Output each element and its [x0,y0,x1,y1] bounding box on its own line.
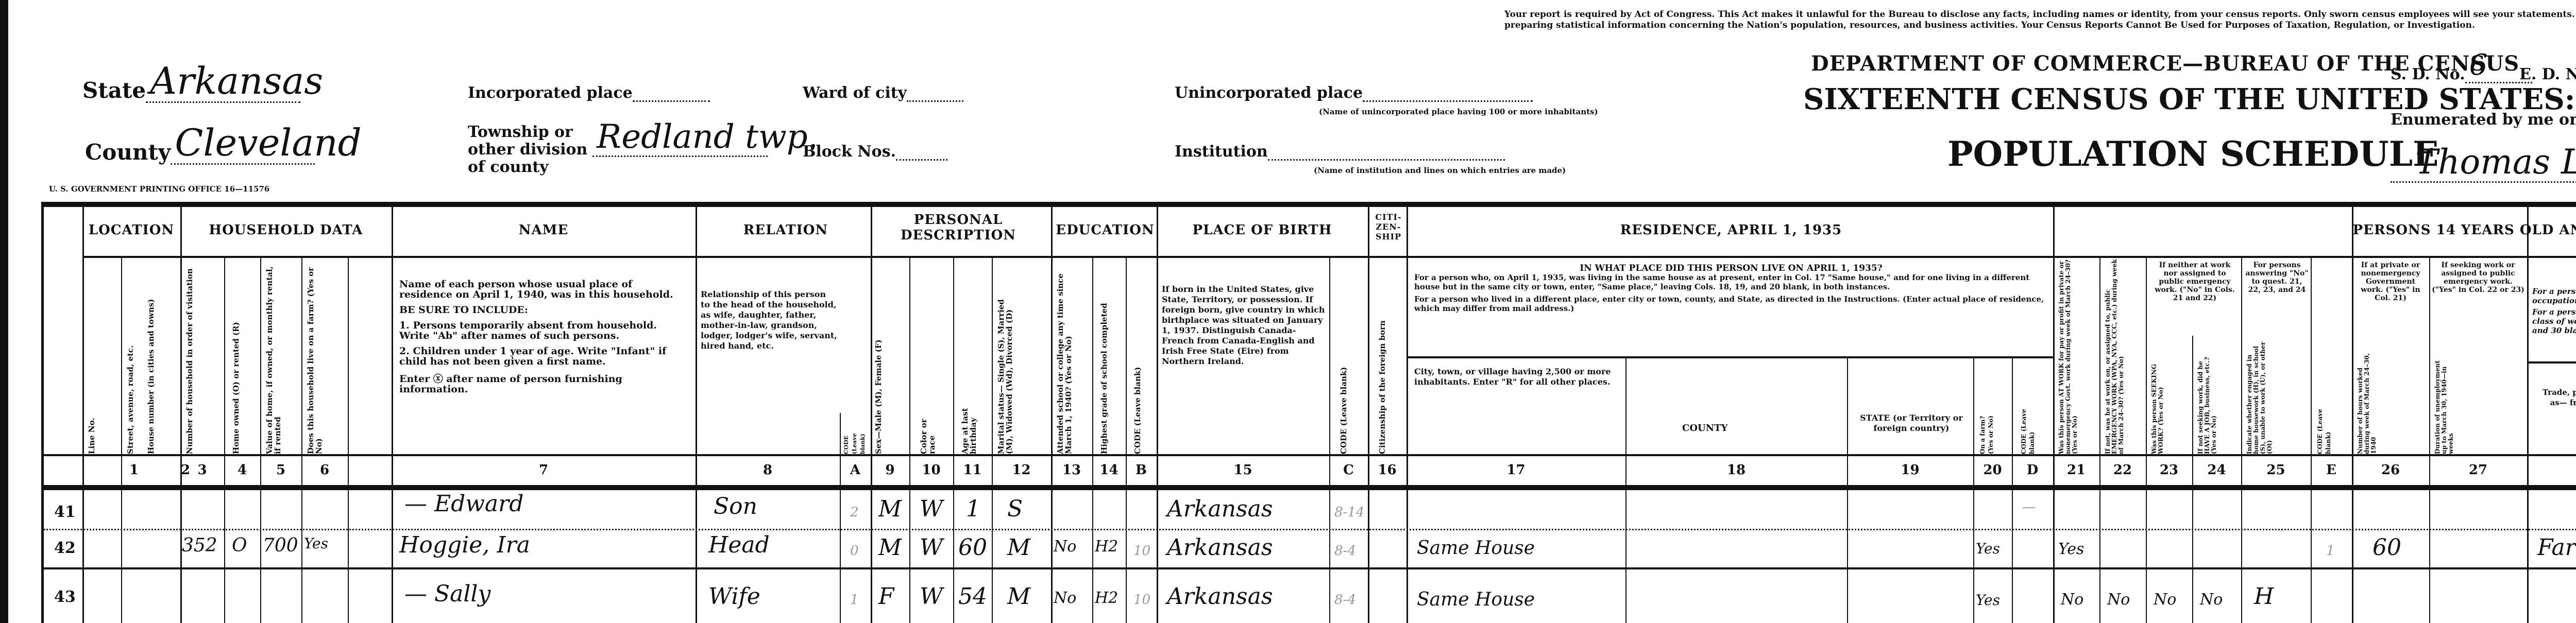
group-personal: PERSONAL DESCRIPTION [873,212,1043,243]
state-label: State [82,78,146,103]
code-c: 8-4 [1334,593,1356,607]
colnum-4: 4 [224,462,260,478]
col-27-instructions: If seeking work or assigned to public em… [2432,261,2524,294]
vh-code-b: CODE (Leave blank) [1133,361,1142,454]
colnum-27: 27 [2429,462,2527,478]
residence-instructions: IN WHAT PLACE DID THIS PERSON LIVE ON AP… [1414,264,2048,313]
marital-status: S [1007,498,1023,521]
colnum-21: 21 [2053,462,2099,478]
code-b: 10 [1133,593,1150,607]
vh-hours-worked: Number of hours worked during week of Ma… [2357,351,2396,454]
sex: M [878,498,902,521]
group-education: EDUCATION [1054,222,1157,238]
household-number: 352 [182,537,217,555]
race: W [920,585,943,608]
group-location: LOCATION [85,222,178,238]
relation: Wife [708,585,760,608]
county-field: County Cleveland [85,139,315,165]
code-a: 0 [850,544,859,558]
col-25-instructions: For persons answering "No" to quest. 21,… [2245,261,2309,294]
unincorporated-place-field: Unincorporated place [1175,76,1533,102]
col-divider [1051,207,1053,623]
line-number: 41 [54,503,76,521]
occupation-subheader: OCCUPATION [2537,369,2576,380]
vh-code-c: CODE (Leave blank) [1340,361,1348,454]
race: W [920,537,943,559]
age: 60 [958,537,987,559]
hours-worked: 60 [2372,537,2401,559]
colnum-22: 22 [2099,462,2146,478]
line-number: 43 [54,588,76,606]
enumerator-field: Thomas L. Howell Enumerator. [2391,147,2576,183]
vh-house-number: House number (in cities and towns) [147,264,155,454]
line-number: 42 [54,539,76,557]
col-26-instructions: If at private or nonemergency Government… [2354,261,2427,302]
row-divider-42-43 [44,567,2576,569]
school-attendance: No [1054,591,1076,606]
state-field: State Arkansas [82,77,300,103]
at-work: Yes [2058,542,2084,557]
vh-citizenship: Citizenship of the foreign born [1378,289,1386,454]
code-c: 8-4 [1334,544,1356,558]
col-divider [696,207,697,623]
state-column-header: STATE (or Territory or foreign country) [1852,413,1971,434]
farm-residence: Yes [304,537,328,551]
birthplace: Arkansas [1167,537,1273,559]
population-schedule-table: LOCATION HOUSEHOLD DATA NAME RELATION PE… [41,202,2576,623]
colnum-25: 25 [2241,462,2311,478]
col-divider [2352,207,2353,623]
col-divider [82,207,84,623]
vh-emergency-work: If not, was he at work on, or assigned t… [2105,258,2143,454]
confidentiality-notice: Your report is required by Act of Congre… [1504,9,2576,31]
col-divider [1368,207,1369,623]
county-column-header: COUNTY [1682,423,1727,434]
township-value: Redland twp. [597,120,818,153]
ward-field: Ward of city [803,76,963,102]
state-value: Arkansas [150,62,323,99]
institution-note: (Name of institution and lines on which … [1314,166,1566,175]
colnum-C: C [1329,462,1368,478]
residence-farm: Yes [1976,593,2000,608]
vh-sex: Sex—Male (M), Female (F) [874,331,883,454]
unincorporated-place-label: Unincorporated place [1175,84,1363,102]
colnum-8: 8 [696,462,840,478]
vh-line-no: Line No. [88,403,96,454]
birthplace: Arkansas [1167,585,1273,608]
vh-code-a: CODE (Leave blank) [842,418,867,454]
vh-at-work: Was this person AT WORK for pay or profi… [2058,258,2097,454]
vh-marital: Marital status— Single (S), Married (M),… [997,289,1043,454]
vh-code-d: CODE (Leave blank) [2020,403,2036,454]
group-name: NAME [394,222,693,238]
incorporated-place-field: Incorporated place [468,76,710,102]
enumerator-signature: Thomas L. Howell [2415,145,2576,179]
colnum-A: A [840,462,871,478]
marital-status: M [1007,585,1030,608]
column-number-bottom-divider [44,485,2576,490]
colnum-B: B [1126,462,1157,478]
person-name: Hoggie, Ira [399,534,530,557]
colnum-12: 12 [992,462,1051,478]
colnum-13: 13 [1051,462,1092,478]
person-name: — Sally [404,583,490,605]
col-divider [1406,207,1408,623]
home-value: 700 [263,537,298,555]
residence-city: Same House [1417,539,1535,558]
col-24-instructions: If neither at work nor assigned to publi… [2151,261,2239,302]
colnum-10: 10 [909,462,953,478]
colnum-14: 14 [1092,462,1126,478]
colnum-7: 7 [392,462,696,478]
code-d: — [2022,500,2036,514]
township-field: Redland twp. [592,126,768,157]
vh-school: Attended school or college any time sinc… [1056,264,1087,454]
code-e: 1 [2326,544,2335,558]
colnum-17: 17 [1406,462,1625,478]
colnum-1: 1 [121,462,147,478]
col-divider [871,207,872,623]
group-household: HOUSEHOLD DATA [180,222,392,238]
sex: F [878,585,894,608]
group-residence: RESIDENCE, APRIL 1, 1935 [1409,222,2053,238]
housework-status: H [2254,585,2274,608]
code-a: 2 [850,506,859,519]
colnum-18: 18 [1625,462,1847,478]
county-value: Cleveland [175,124,361,161]
relation-instructions: Relationship of this person to the head … [701,289,837,351]
at-work: No [2061,592,2083,608]
county-label: County [85,140,171,165]
age: 54 [958,585,987,608]
occupation: Farmer [2537,537,2576,559]
residence-subheader-divider [1408,356,2053,358]
occupation-subheader-divider [2529,361,2576,364]
colnum-16: 16 [1368,462,1406,478]
col-divider [2192,336,2193,623]
scan-left-border [0,0,8,623]
city-town-instructions: City, town, or village having 2,500 or m… [1414,367,1620,387]
colnum-19: 19 [1847,462,1973,478]
occupation-instructions: For a person at work, assigned to public… [2532,287,2576,335]
ed-no-label: E. D. No. [2519,65,2576,83]
occupation-examples: Trade, profession, or particular kind of… [2543,387,2576,418]
age: 1 [966,498,980,521]
colnum-28: 28 [2527,462,2576,478]
column-number-top-divider [44,454,2576,456]
marital-status: M [1007,537,1030,559]
colnum-3: 3 [180,462,224,478]
birthplace: Arkansas [1167,498,1273,521]
vh-grade: Highest grade of school completed [1100,279,1108,454]
race: W [920,498,943,521]
vh-street: Street, avenue, road, etc. [126,331,134,454]
person-name: — Edward [404,493,523,515]
group-employment: PERSONS 14 YEARS OLD AND OVER—EMPLOYMENT… [2063,222,2576,238]
residence-city: Same House [1417,591,1535,609]
vh-owned-rented: Home owned (O) or rented (R) [232,300,240,454]
col-divider [2527,207,2529,623]
colnum-6: 6 [301,462,348,478]
sd-no-value: 6 [2469,51,2488,80]
group-citizenship: CITI-ZEN-SHIP [1370,212,1406,241]
ward-label: Ward of city [803,84,907,102]
vh-res-farm: On a farm? (Yes or No) [1978,403,1995,454]
occupation-group-title: OCCUPATION, INDUSTRY, AND CLASS OF WORKE… [2532,269,2576,282]
colnum-11: 11 [953,462,992,478]
col-divider [1157,207,1158,623]
colnum-D: D [2012,462,2053,478]
col-divider [392,207,393,623]
sd-no-label: S. D. No. [2391,65,2465,83]
seeking-work: No [2154,592,2176,608]
township-label-wrap: Township or other division of county [468,124,607,176]
unincorporated-place-note: (Name of unincorporated place having 100… [1319,107,1598,116]
vh-race: Color or race [920,403,936,454]
enumerated-label: Enumerated by me on [2391,111,2576,129]
relation: Son [714,495,757,518]
printing-office-note: U. S. GOVERNMENT PRINTING OFFICE 16—1157… [49,184,269,194]
vh-household-number: Number of household in order of visitati… [185,264,216,454]
colnum-26: 26 [2352,462,2429,478]
township-label: Township or other division of county [468,124,607,176]
colnum-9: 9 [871,462,909,478]
relation: Head [708,534,770,557]
vh-home-value: Value of home, if owned, or monthly rent… [265,264,296,454]
block-field: Block Nos. [803,135,947,161]
vh-housework: Indicate whether engaged in home housewo… [2246,341,2285,454]
birth-instructions: If born in the United States, give State… [1162,284,1327,367]
schedule-title: POPULATION SCHEDULE [1947,134,2438,174]
sex: M [878,537,902,559]
have-job: No [2200,592,2223,608]
enumerated-date-field: Enumerated by me on 11 May , 1940 [2391,103,2576,129]
code-b: 10 [1133,544,1150,558]
colnum-23: 23 [2146,462,2192,478]
vh-age: Age at last birthday [961,372,977,454]
name-instructions: Name of each person whose usual place of… [399,279,688,394]
vh-code-e: CODE (Leave blank) [2316,403,2332,454]
code-a: 1 [850,593,859,607]
code-c: 8-14 [1334,506,1364,519]
institution-label: Institution [1175,143,1268,161]
vh-unemployment-duration: Duration of unemployment up to March 30,… [2434,351,2473,454]
vh-farm: Does this household live on a farm? (Yes… [307,264,337,454]
school-attendance: No [1054,539,1076,555]
row-divider-41-42 [44,529,2576,530]
vh-have-job: If not seeking work, did he HAVE A JOB, … [2197,341,2239,454]
col-divider [2053,207,2055,623]
ed-no-field: E. D. No. 13-11 [2519,58,2576,83]
emergency-work: No [2107,592,2130,608]
group-relation: RELATION [698,222,873,238]
group-birth: PLACE OF BIRTH [1159,222,1365,238]
col-divider [840,413,841,623]
sd-no-field: S. D. No. 6 [2391,58,2532,83]
residence-farm: Yes [1976,542,2000,556]
owned-rented: O [232,537,247,555]
colnum-20: 20 [1973,462,2012,478]
incorporated-place-label: Incorporated place [468,84,633,102]
colnum-15: 15 [1157,462,1329,478]
highest-grade: H2 [1095,539,1118,555]
colnum-24: 24 [2192,462,2241,478]
colnum-5: 5 [260,462,301,478]
institution-field: Institution [1175,135,1505,161]
colnum-E: E [2311,462,2352,478]
col-divider [180,207,182,623]
block-label: Block Nos. [803,143,896,161]
vh-seeking-work: Was this person SEEKING WORK? (Yes or No… [2151,341,2190,454]
highest-grade: H2 [1095,591,1118,606]
